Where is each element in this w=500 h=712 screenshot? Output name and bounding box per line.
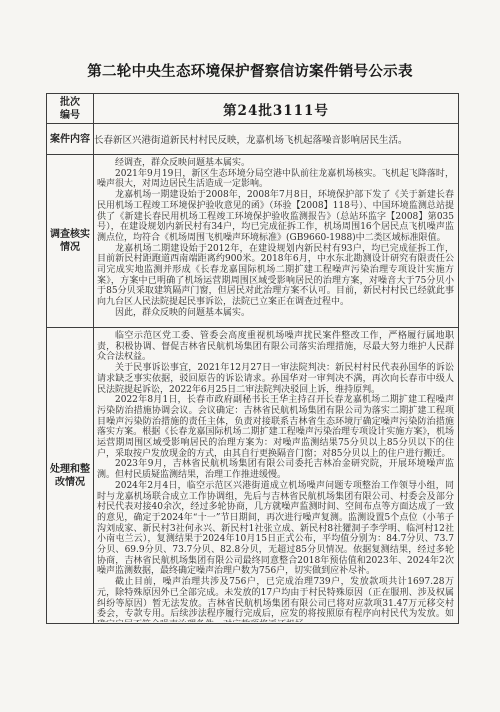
paragraph: 2024年2月4日，临空示范区兴港街道成立机场噪声问题专项整治工作领导小组，同时… <box>97 481 454 577</box>
batch-number-value: 第24批3111号 <box>94 94 459 124</box>
paragraph: 龙嘉机场二期建设始于2012年，在建设规划内新民村有93户，均已完成征拆工作，目… <box>97 244 454 308</box>
remediation-row: 处理和整 改情况 临空示范区党工委、管委会高度重视机场噪声扰民案件整改工作，严格… <box>47 328 459 624</box>
paragraph: 关于民事诉讼事宜，2021年12月27日一审法院判决：新民村村民代表孙国华的诉讼… <box>97 363 454 395</box>
case-content-row: 案件内容 长春新区兴港街道新民村村民反映，龙嘉机场飞机起落噪音影响居民生活。 <box>47 124 459 155</box>
investigation-content: 经调查，群众反映问题基本属实。 2021年9月19日，新区生态环境分局空港中队前… <box>94 155 459 328</box>
paragraph: 2022年8月1日，长春市政府副秘书长王华主持召开长春龙嘉机场二期扩建工程噪声污… <box>97 395 454 459</box>
case-closure-table: 批次 编号 第24批3111号 案件内容 长春新区兴港街道新民村村民反映，龙嘉机… <box>46 93 459 624</box>
investigation-text-block: 经调查，群众反映问题基本属实。 2021年9月19日，新区生态环境分局空港中队前… <box>94 155 458 326</box>
remediation-label: 处理和整 改情况 <box>47 328 94 624</box>
paragraph: 临空示范区党工委、管委会高度重视机场噪声扰民案件整改工作，严格履行属地职责，积极… <box>97 331 454 363</box>
paragraph: 2021年9月19日，新区生态环境分局空港中队前往龙嘉机场核实。飞机起飞降落时，… <box>97 169 454 190</box>
batch-number-row: 批次 编号 第24批3111号 <box>47 94 459 124</box>
investigation-label: 调查核实 情况 <box>47 155 94 328</box>
case-content-label: 案件内容 <box>47 124 94 155</box>
paragraph: 龙嘉机场一期建设始于2008年，2008年7月8日，环境保护部下发了《关于新建长… <box>97 190 454 244</box>
remediation-content: 临空示范区党工委、管委会高度重视机场噪声扰民案件整改工作，严格履行属地职责，积极… <box>94 328 459 624</box>
paragraph: 截止目前，噪声治理共涉及756户，已完成治理739户，发放款项共计1697.28… <box>97 577 454 622</box>
paragraph: 经调查，群众反映问题基本属实。 <box>97 158 454 169</box>
paragraph: 2023年9月，吉林省民航机场集团有限公司委托吉林冶金研究院，开展环境噪声监测。… <box>97 459 454 480</box>
batch-number-label: 批次 编号 <box>47 94 94 124</box>
remediation-text-block: 临空示范区党工委、管委会高度重视机场噪声扰民案件整改工作，严格履行属地职责，积极… <box>94 328 458 622</box>
page-title: 第二轮中央生态环境保护督察信访案件销号公示表 <box>0 60 500 81</box>
case-content-value: 长春新区兴港街道新民村村民反映，龙嘉机场飞机起落噪音影响居民生活。 <box>94 124 459 155</box>
investigation-row: 调查核实 情况 经调查，群众反映问题基本属实。 2021年9月19日，新区生态环… <box>47 155 459 328</box>
paragraph: 因此，群众反映的问题基本属实。 <box>97 308 454 319</box>
